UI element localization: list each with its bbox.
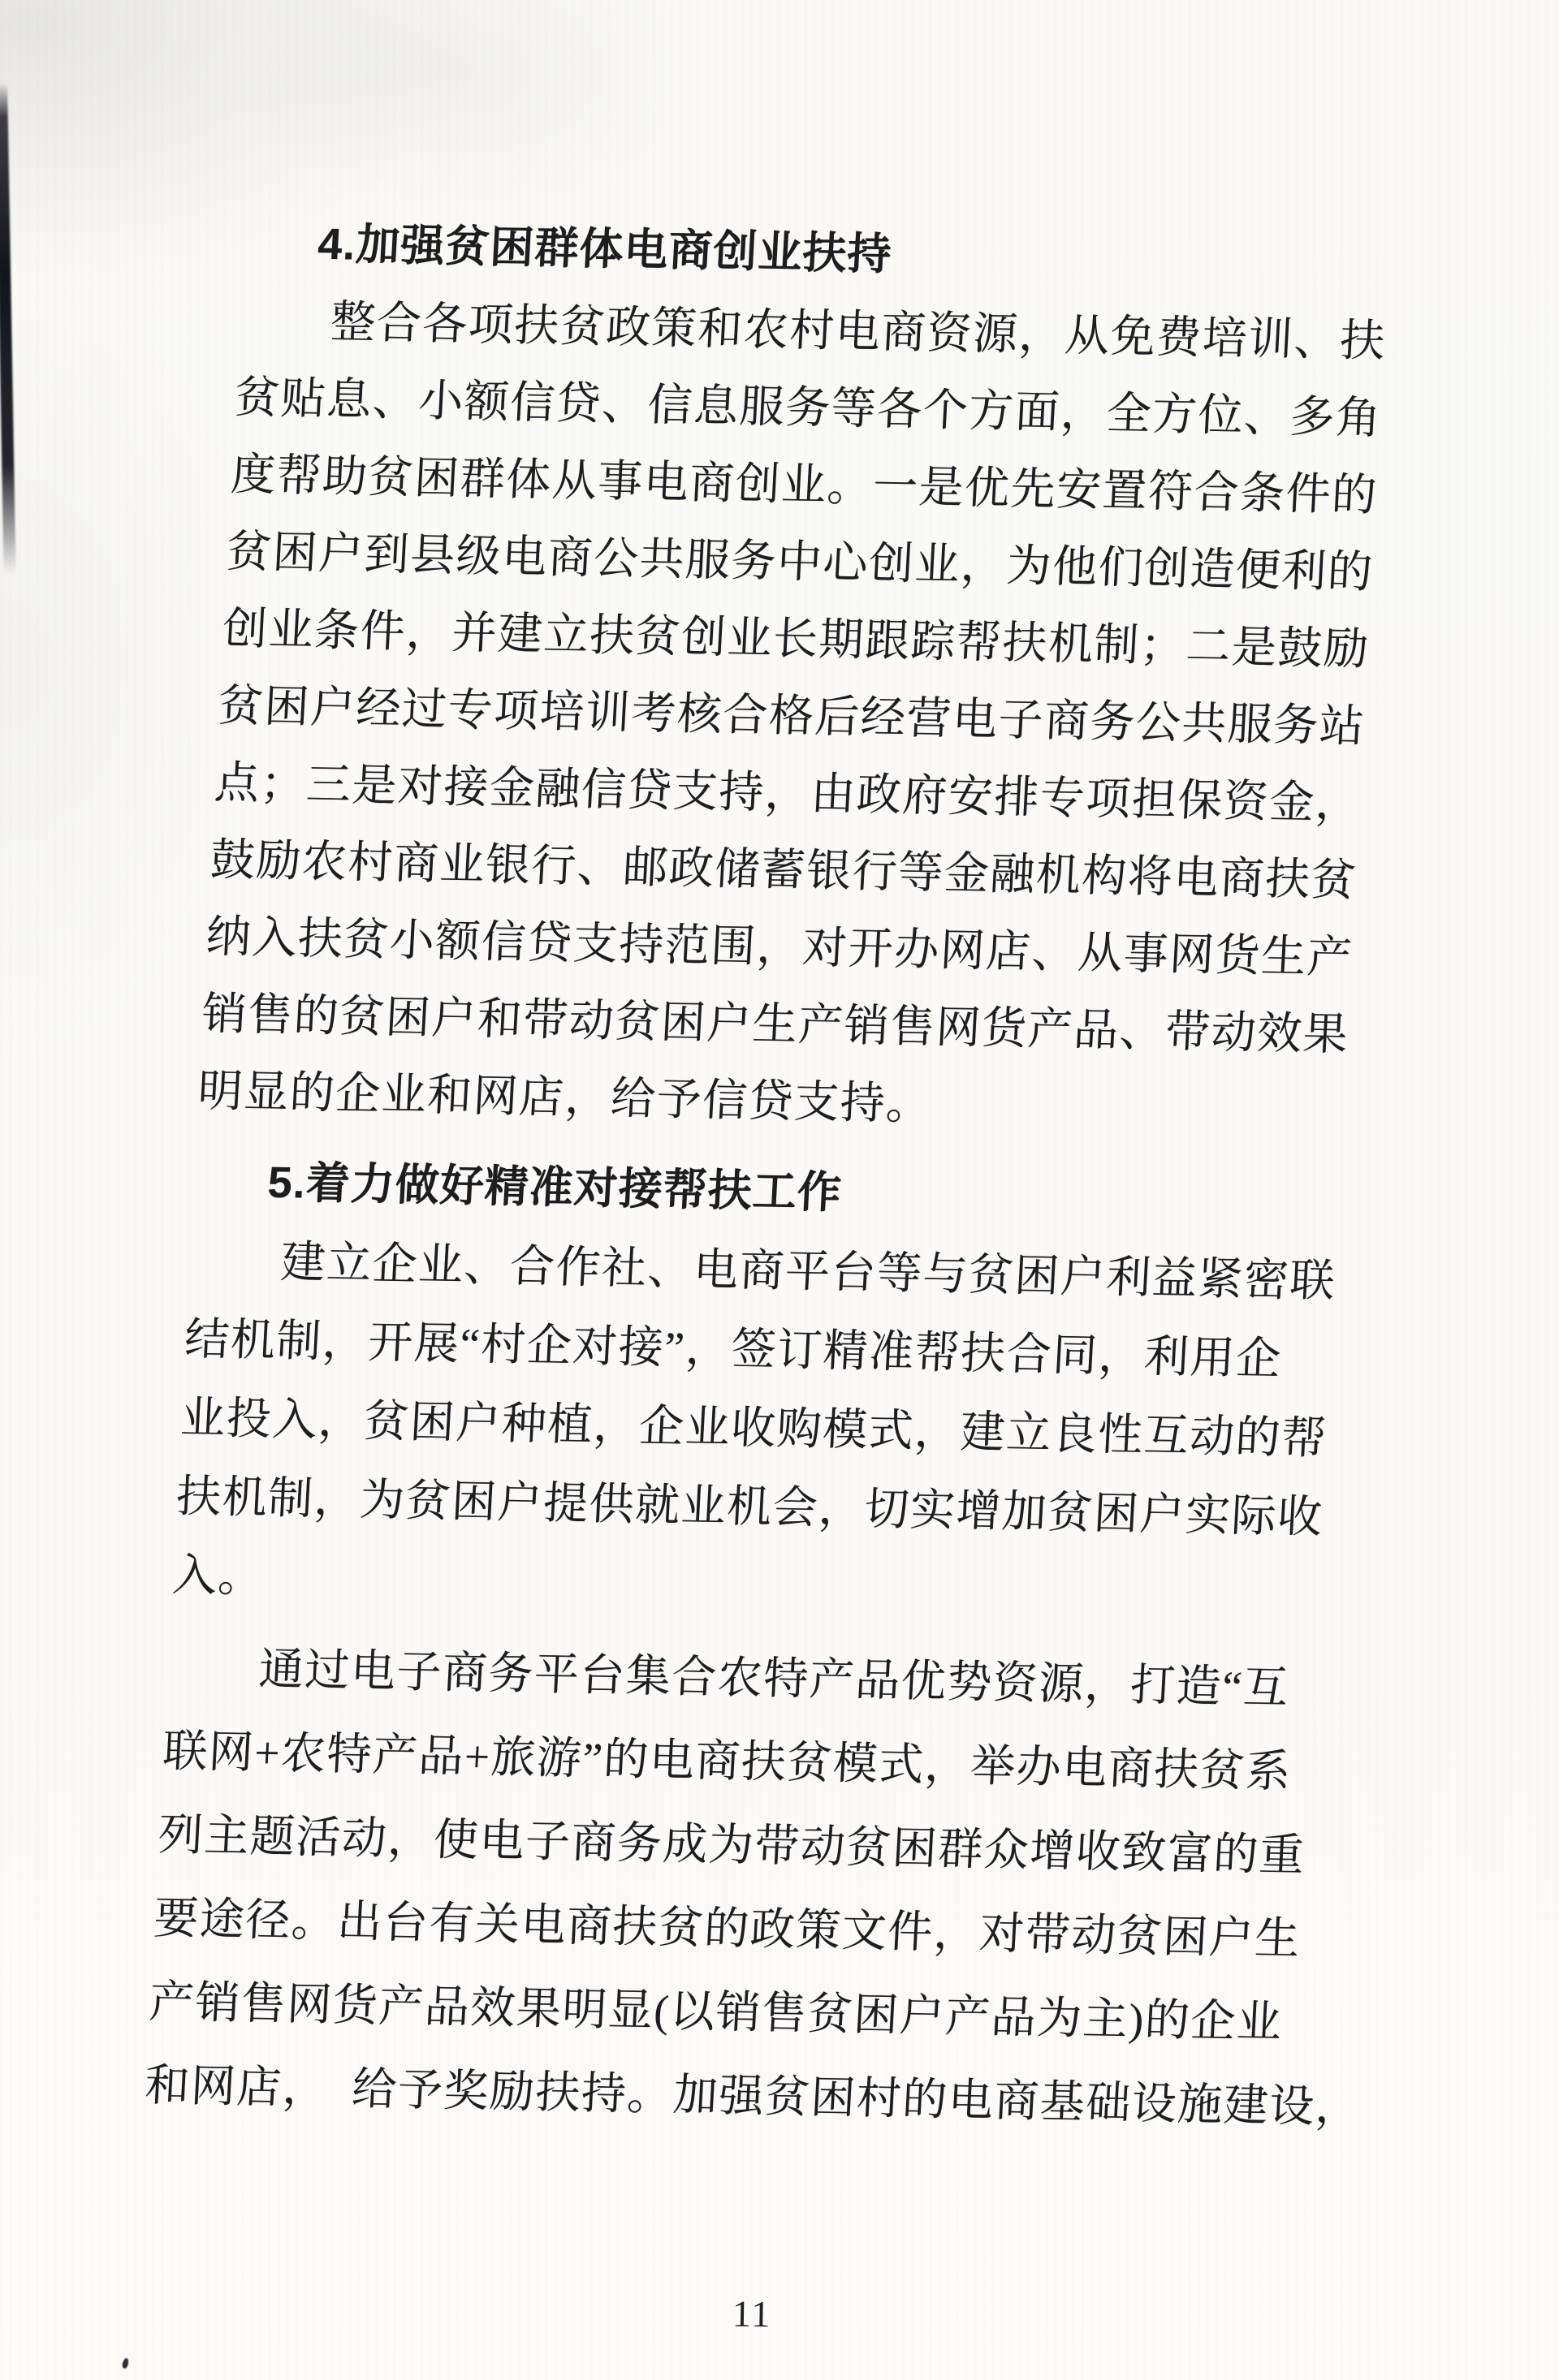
page-number: 11 — [732, 2292, 772, 2336]
document-text-block: 4.加强贫困群体电商创业扶持 整合各项扶贫政策和农村电商资源，从免费培训、扶 贫… — [143, 205, 1382, 2148]
scanned-document-page: 4.加强贫困群体电商创业扶持 整合各项扶贫政策和农村电商资源，从免费培训、扶 贫… — [0, 0, 1559, 2380]
scan-edge-artifact — [0, 83, 16, 574]
ink-speck-artifact — [122, 2357, 130, 2369]
